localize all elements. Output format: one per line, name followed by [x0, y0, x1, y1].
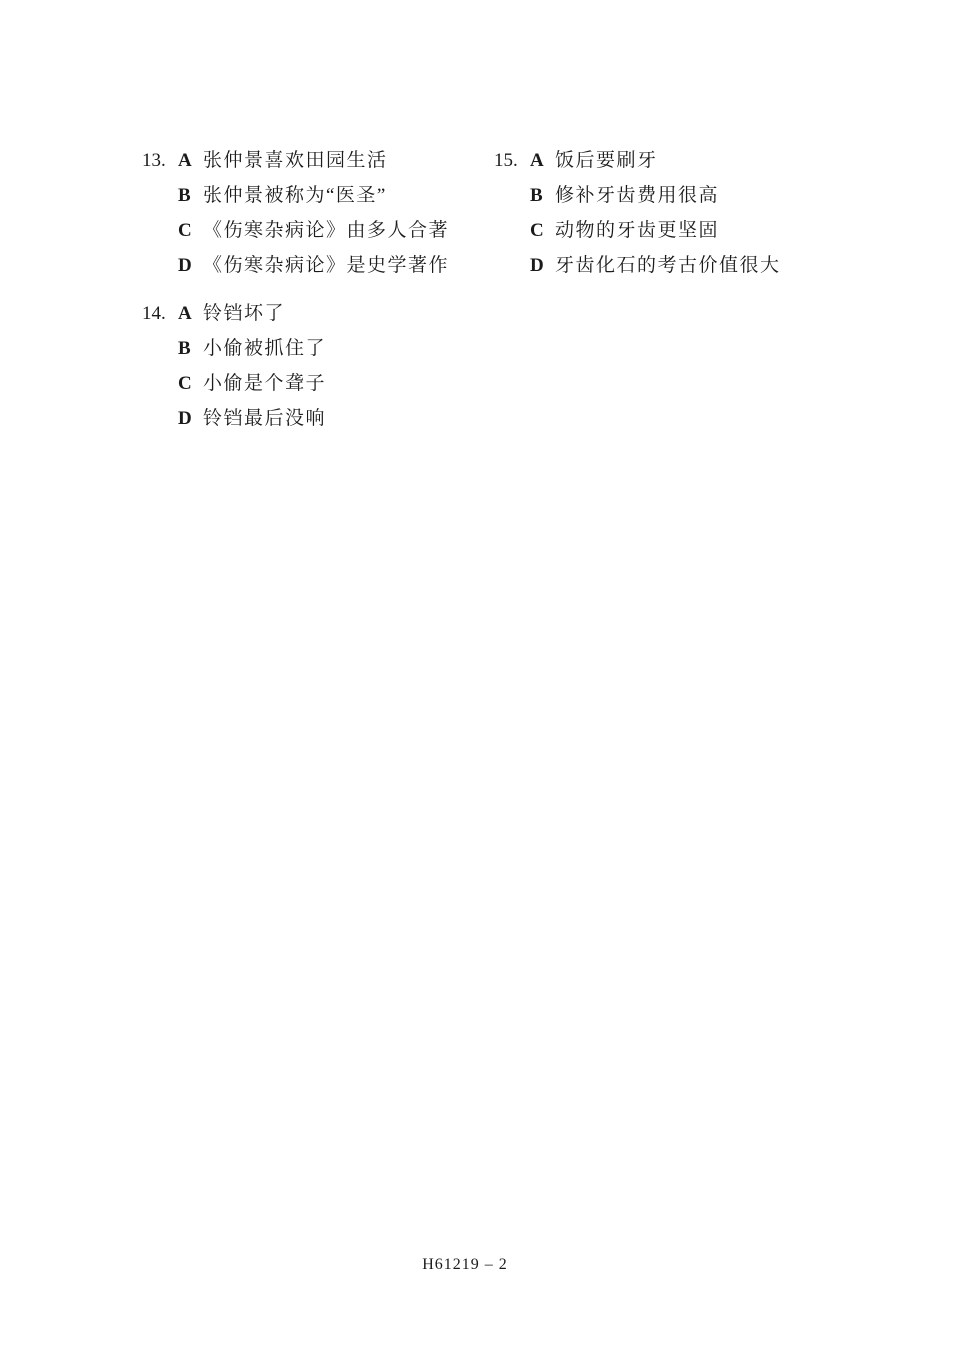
option-text: 动物的牙齿更坚固 [555, 220, 719, 255]
option-letter: A [530, 150, 555, 185]
option-row: D 牙齿化石的考古价值很大 [494, 255, 781, 290]
question-number-spacer [142, 220, 178, 255]
option-text: 小偷是个聋子 [203, 373, 326, 408]
option-row: D 铃铛最后没响 [142, 408, 326, 443]
option-letter: D [530, 255, 555, 290]
question-number: 13. [142, 150, 178, 185]
option-text: 铃铛最后没响 [203, 408, 326, 443]
question-number-spacer [142, 185, 178, 220]
question-number: 15. [494, 150, 530, 185]
question-number-spacer [494, 185, 530, 220]
option-letter: D [178, 408, 203, 443]
question-number-spacer [142, 255, 178, 290]
option-text: 修补牙齿费用很高 [555, 185, 719, 220]
option-letter: D [178, 255, 203, 290]
exam-page: 13. A 张仲景喜欢田园生活 B 张仲景被称为“医圣” C 《伤寒杂病论》由多… [0, 0, 960, 1358]
option-letter: B [178, 185, 203, 220]
page-footer-code: H61219 – 2 [0, 1256, 930, 1274]
option-row: C 动物的牙齿更坚固 [494, 220, 781, 255]
option-text: 张仲景喜欢田园生活 [203, 150, 388, 185]
option-letter: B [530, 185, 555, 220]
option-letter: C [530, 220, 555, 255]
question-number-spacer [142, 408, 178, 443]
option-row: 14. A 铃铛坏了 [142, 303, 326, 338]
option-letter: C [178, 373, 203, 408]
option-text: 铃铛坏了 [203, 303, 285, 338]
question-14: 14. A 铃铛坏了 B 小偷被抓住了 C 小偷是个聋子 D 铃铛最后没响 [142, 303, 326, 443]
question-number-spacer [494, 255, 530, 290]
question-number-spacer [494, 220, 530, 255]
question-number-spacer [142, 373, 178, 408]
option-row: 15. A 饭后要刷牙 [494, 150, 781, 185]
option-text: 小偷被抓住了 [203, 338, 326, 373]
option-row: C 《伤寒杂病论》由多人合著 [142, 220, 449, 255]
option-letter: C [178, 220, 203, 255]
option-row: B 张仲景被称为“医圣” [142, 185, 449, 220]
question-number: 14. [142, 303, 178, 338]
option-row: D 《伤寒杂病论》是史学著作 [142, 255, 449, 290]
question-number-spacer [142, 338, 178, 373]
option-row: 13. A 张仲景喜欢田园生活 [142, 150, 449, 185]
option-letter: A [178, 150, 203, 185]
option-text: 张仲景被称为“医圣” [203, 185, 387, 220]
option-text: 《伤寒杂病论》是史学著作 [203, 255, 449, 290]
option-row: C 小偷是个聋子 [142, 373, 326, 408]
option-row: B 修补牙齿费用很高 [494, 185, 781, 220]
option-text: 牙齿化石的考古价值很大 [555, 255, 781, 290]
question-15: 15. A 饭后要刷牙 B 修补牙齿费用很高 C 动物的牙齿更坚固 D 牙齿化石… [494, 150, 781, 290]
option-text: 饭后要刷牙 [555, 150, 658, 185]
question-13: 13. A 张仲景喜欢田园生活 B 张仲景被称为“医圣” C 《伤寒杂病论》由多… [142, 150, 449, 290]
option-row: B 小偷被抓住了 [142, 338, 326, 373]
option-letter: A [178, 303, 203, 338]
option-letter: B [178, 338, 203, 373]
option-text: 《伤寒杂病论》由多人合著 [203, 220, 449, 255]
